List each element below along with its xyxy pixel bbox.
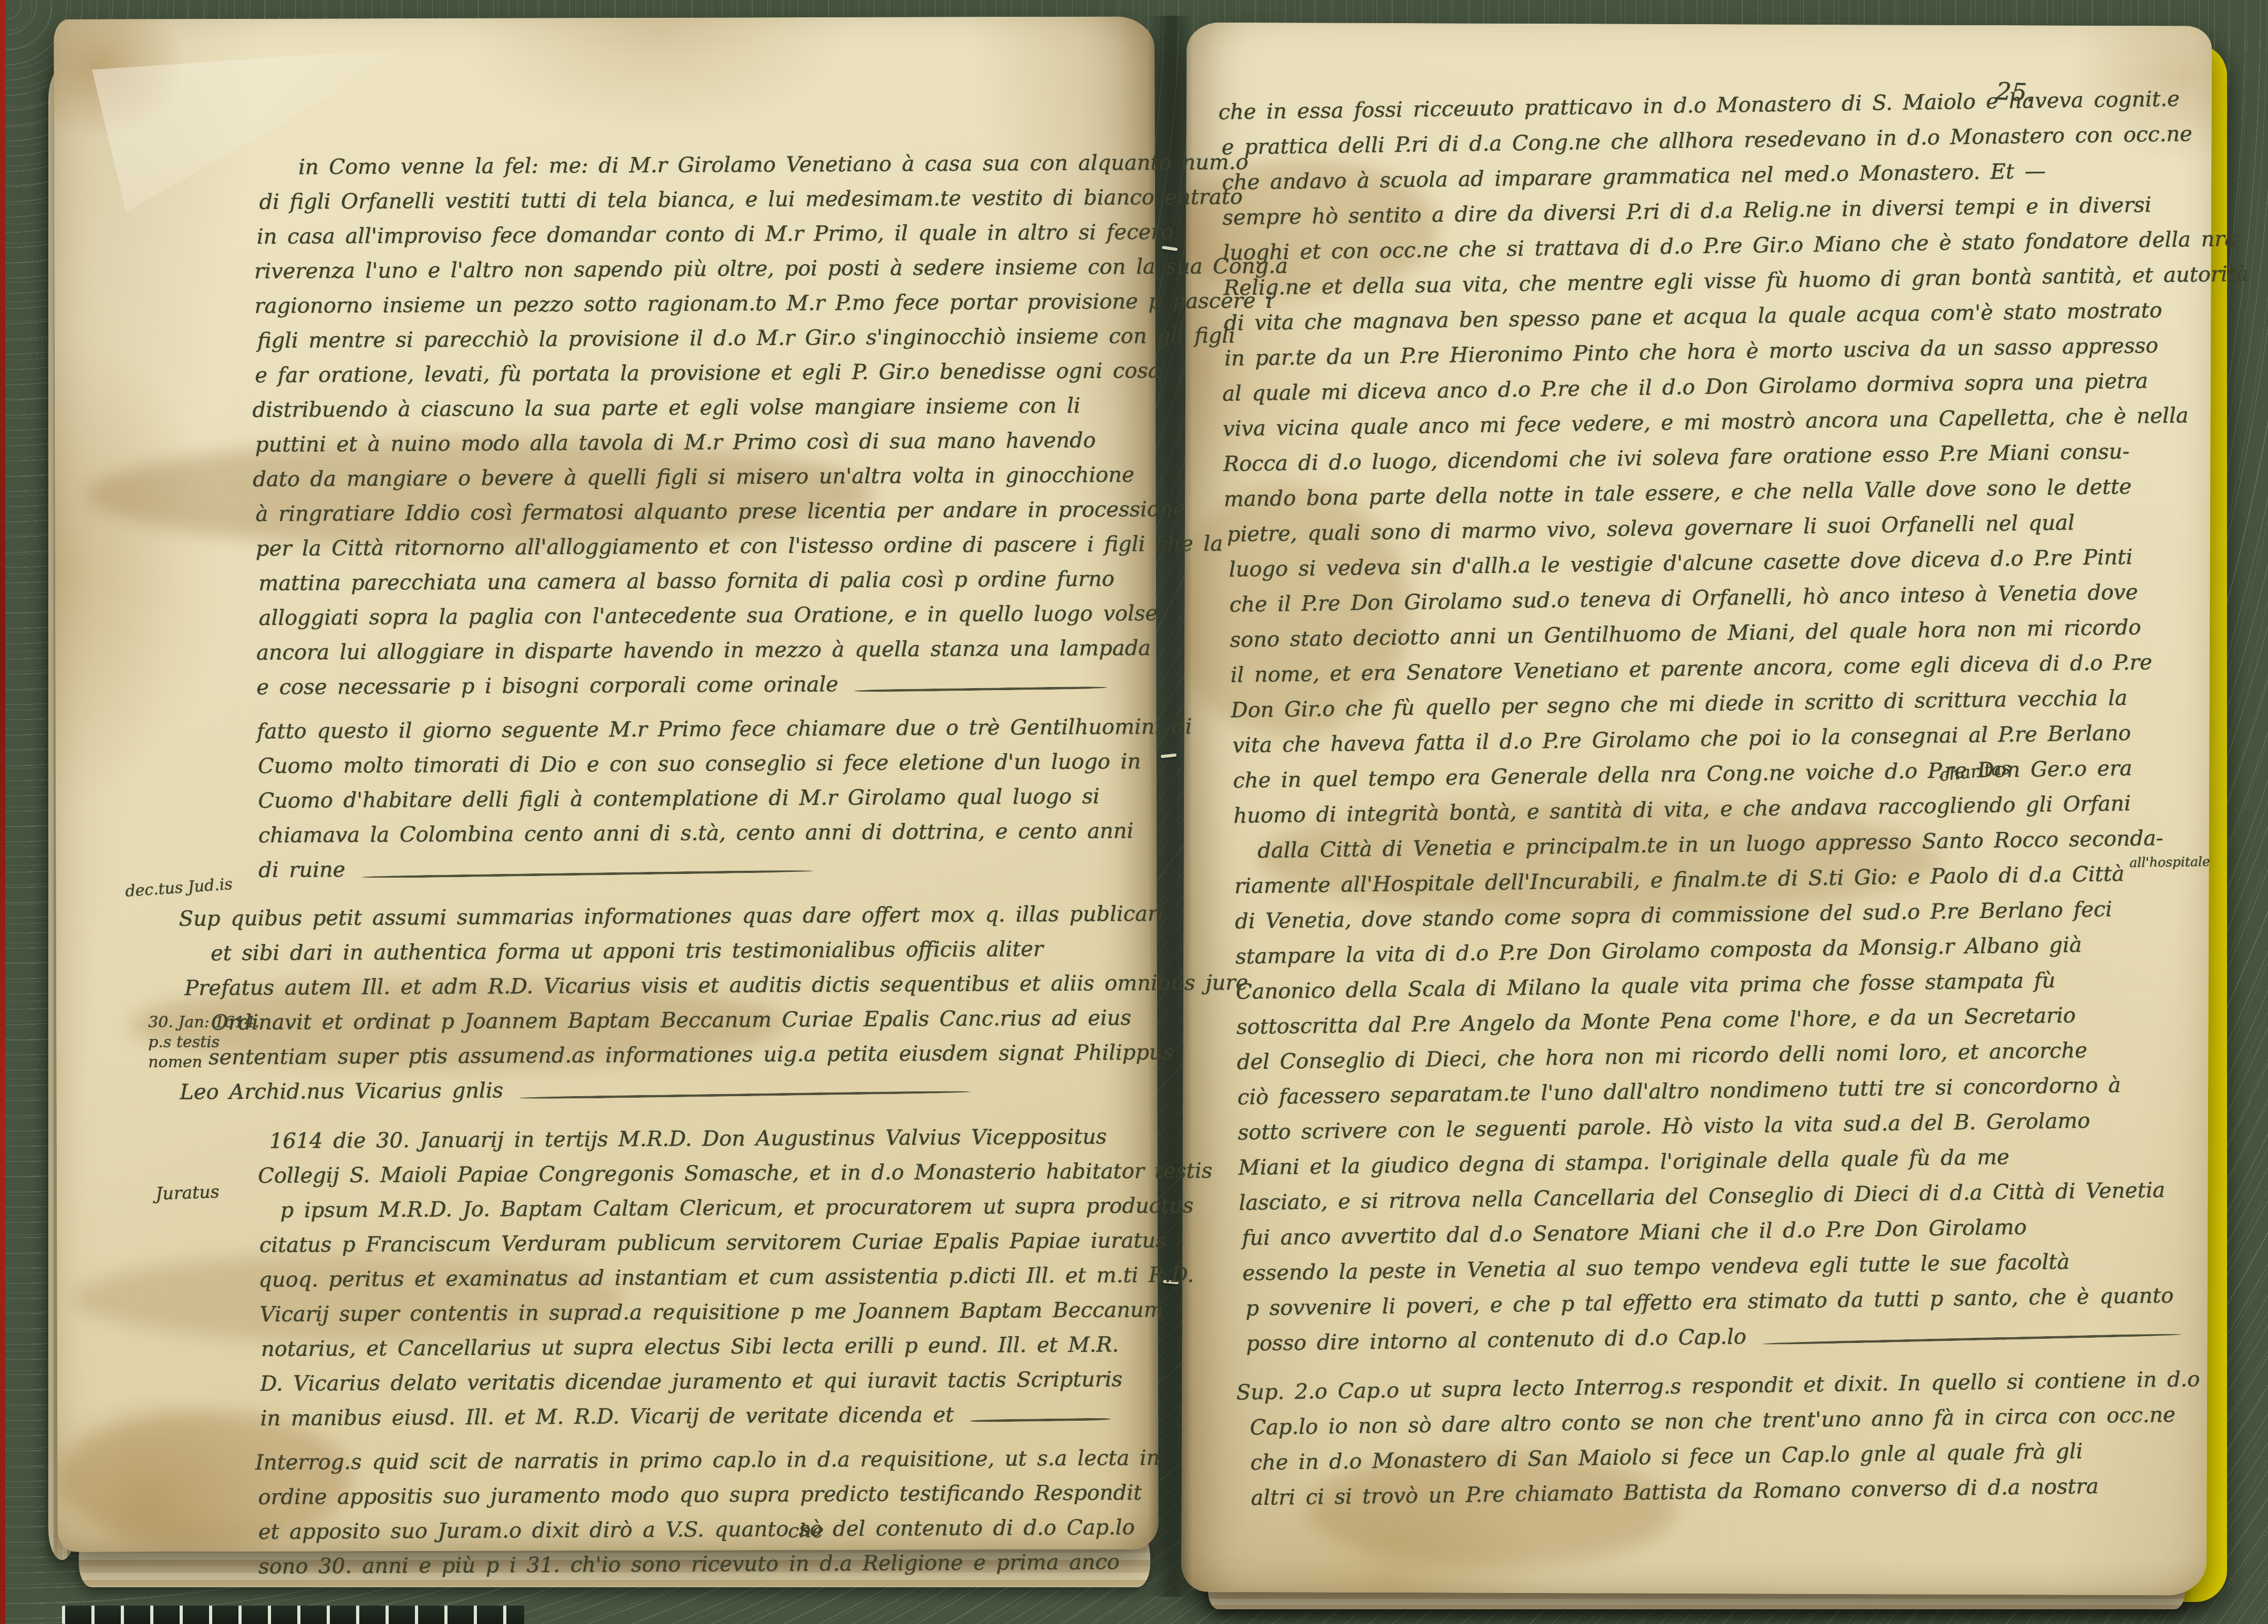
manuscript-line: per la Città ritornorno all'alloggiament… xyxy=(177,532,1128,571)
right-page-text: che in essa fossi ricceuuto pratticavo i… xyxy=(1218,87,2204,1521)
manuscript-line: di figli Orfanelli vestiti tutti di tela… xyxy=(175,185,1126,225)
manuscript-line: in manibus eiusd. Ill. et M. R.D. Vicari… xyxy=(181,1402,1132,1441)
manuscript-line: et sibi dari in authentica forma ut appo… xyxy=(179,936,1130,976)
manuscript-line: e cose necessarie p i bisogni corporali … xyxy=(178,671,1128,710)
manuscript-line: ancora lui alloggiare in disparte havend… xyxy=(178,636,1128,675)
margin-note-juratus: Juratus xyxy=(155,1182,220,1204)
manuscript-line: Cuomo molto timorati di Dio e con suo co… xyxy=(178,749,1129,789)
manuscript-line: sententiam super ptis assumend.as inform… xyxy=(180,1040,1130,1080)
manuscript-line: chiamava la Colombina cento anni di s.tà… xyxy=(179,819,1129,858)
manuscript-line: Prefatus autem Ill. et adm R.D. Vicarius… xyxy=(179,971,1130,1011)
manuscript-line: Sup quibus petit assumi summarias inform… xyxy=(179,902,1129,941)
manuscript-line: Vicarij super contentis in suprad.a requ… xyxy=(181,1298,1131,1337)
manuscript-line: in casa all'improviso fece domandar cont… xyxy=(175,220,1126,259)
manuscript-line: in Como venne la fel: me: di M.r Girolam… xyxy=(175,151,1126,190)
manuscript-line: fatto questo il giorno seguente M.r Prim… xyxy=(178,715,1128,754)
manuscript-line: Collegij S. Maioli Papiae Congregonis So… xyxy=(180,1159,1131,1199)
manuscript-line: di ruine xyxy=(179,853,1129,893)
margin-note-date-line: p.s testis xyxy=(148,1033,259,1053)
margin-note-date-line: 30. Jan: 1614. xyxy=(148,1013,259,1033)
film-edge-strip xyxy=(0,0,5,1624)
manuscript-line: et apposito suo Juram.o dixit dirò a V.S… xyxy=(182,1515,1132,1555)
manuscript-line: ordine appositis suo juramento modo quo … xyxy=(182,1481,1132,1520)
manuscript-line: Ordinavit et ordinat p Joannem Baptam Be… xyxy=(179,1006,1130,1045)
manuscript-line: sono 30. anni e più p i 31. ch'io sono r… xyxy=(182,1550,1133,1589)
manuscript-line: riverenza l'uno e l'altro non sapendo pi… xyxy=(175,255,1126,294)
photo-backdrop: in Como venne la fel: me: di M.r Girolam… xyxy=(0,0,2268,1624)
manuscript-line: Interrog.s quid scit de narratis in prim… xyxy=(182,1446,1132,1485)
manuscript-line: puttini et à nuino modo alla tavola di M… xyxy=(176,428,1127,467)
manuscript-line: alloggiati sopra la paglia con l'anteced… xyxy=(177,601,1128,641)
manuscript-line: dato da mangiare o bevere à quelli figli… xyxy=(176,463,1127,502)
interline-addition: all'hospitale xyxy=(2129,854,2210,870)
catchword: che xyxy=(788,1519,824,1542)
manuscript-line: citatus p Franciscum Verduram publicum s… xyxy=(181,1229,1131,1268)
manuscript-line: distribuendo à ciascuno la sua parte et … xyxy=(176,393,1127,433)
manuscript-line: figli mentre si parecchiò la provisione … xyxy=(176,324,1127,363)
margin-note-date-line: nomen xyxy=(148,1053,259,1073)
folio-number: 25. xyxy=(1995,77,2035,107)
measuring-scale xyxy=(62,1606,524,1624)
manuscript-line: mattina parecchiata una camera al basso … xyxy=(177,567,1128,606)
manuscript-line: D. Vicarius delato veritatis dicendae ju… xyxy=(181,1367,1132,1407)
manuscript-line: Cuomo d'habitare delli figli à contempla… xyxy=(178,784,1129,824)
manuscript-line: Leo Archid.nus Vicarius gnlis xyxy=(180,1075,1130,1115)
manuscript-line: à ringratiare Iddio così fermatosi alqua… xyxy=(176,497,1127,537)
left-page-text: in Como venne la fel: me: di M.r Girolam… xyxy=(175,151,1133,1589)
manuscript-line: ragionorno insieme un pezzo sotto ragion… xyxy=(175,289,1126,329)
manuscript-line: quoq. peritus et examinatus ad instantia… xyxy=(181,1263,1131,1303)
margin-note-witness-date: 30. Jan: 1614. p.s testis nomen xyxy=(148,1013,259,1073)
manuscript-line: e far oratione, levati, fù portata la pr… xyxy=(176,359,1127,398)
manuscript-line: notarius, et Cancellarius ut supra elect… xyxy=(181,1332,1132,1372)
manuscript-line: 1614 die 30. Januarij in tertijs M.R.D. … xyxy=(180,1125,1131,1164)
manuscript-line: p ipsum M.R.D. Jo. Baptam Caltam Clericu… xyxy=(180,1194,1131,1233)
book-gutter xyxy=(1148,16,1192,1597)
